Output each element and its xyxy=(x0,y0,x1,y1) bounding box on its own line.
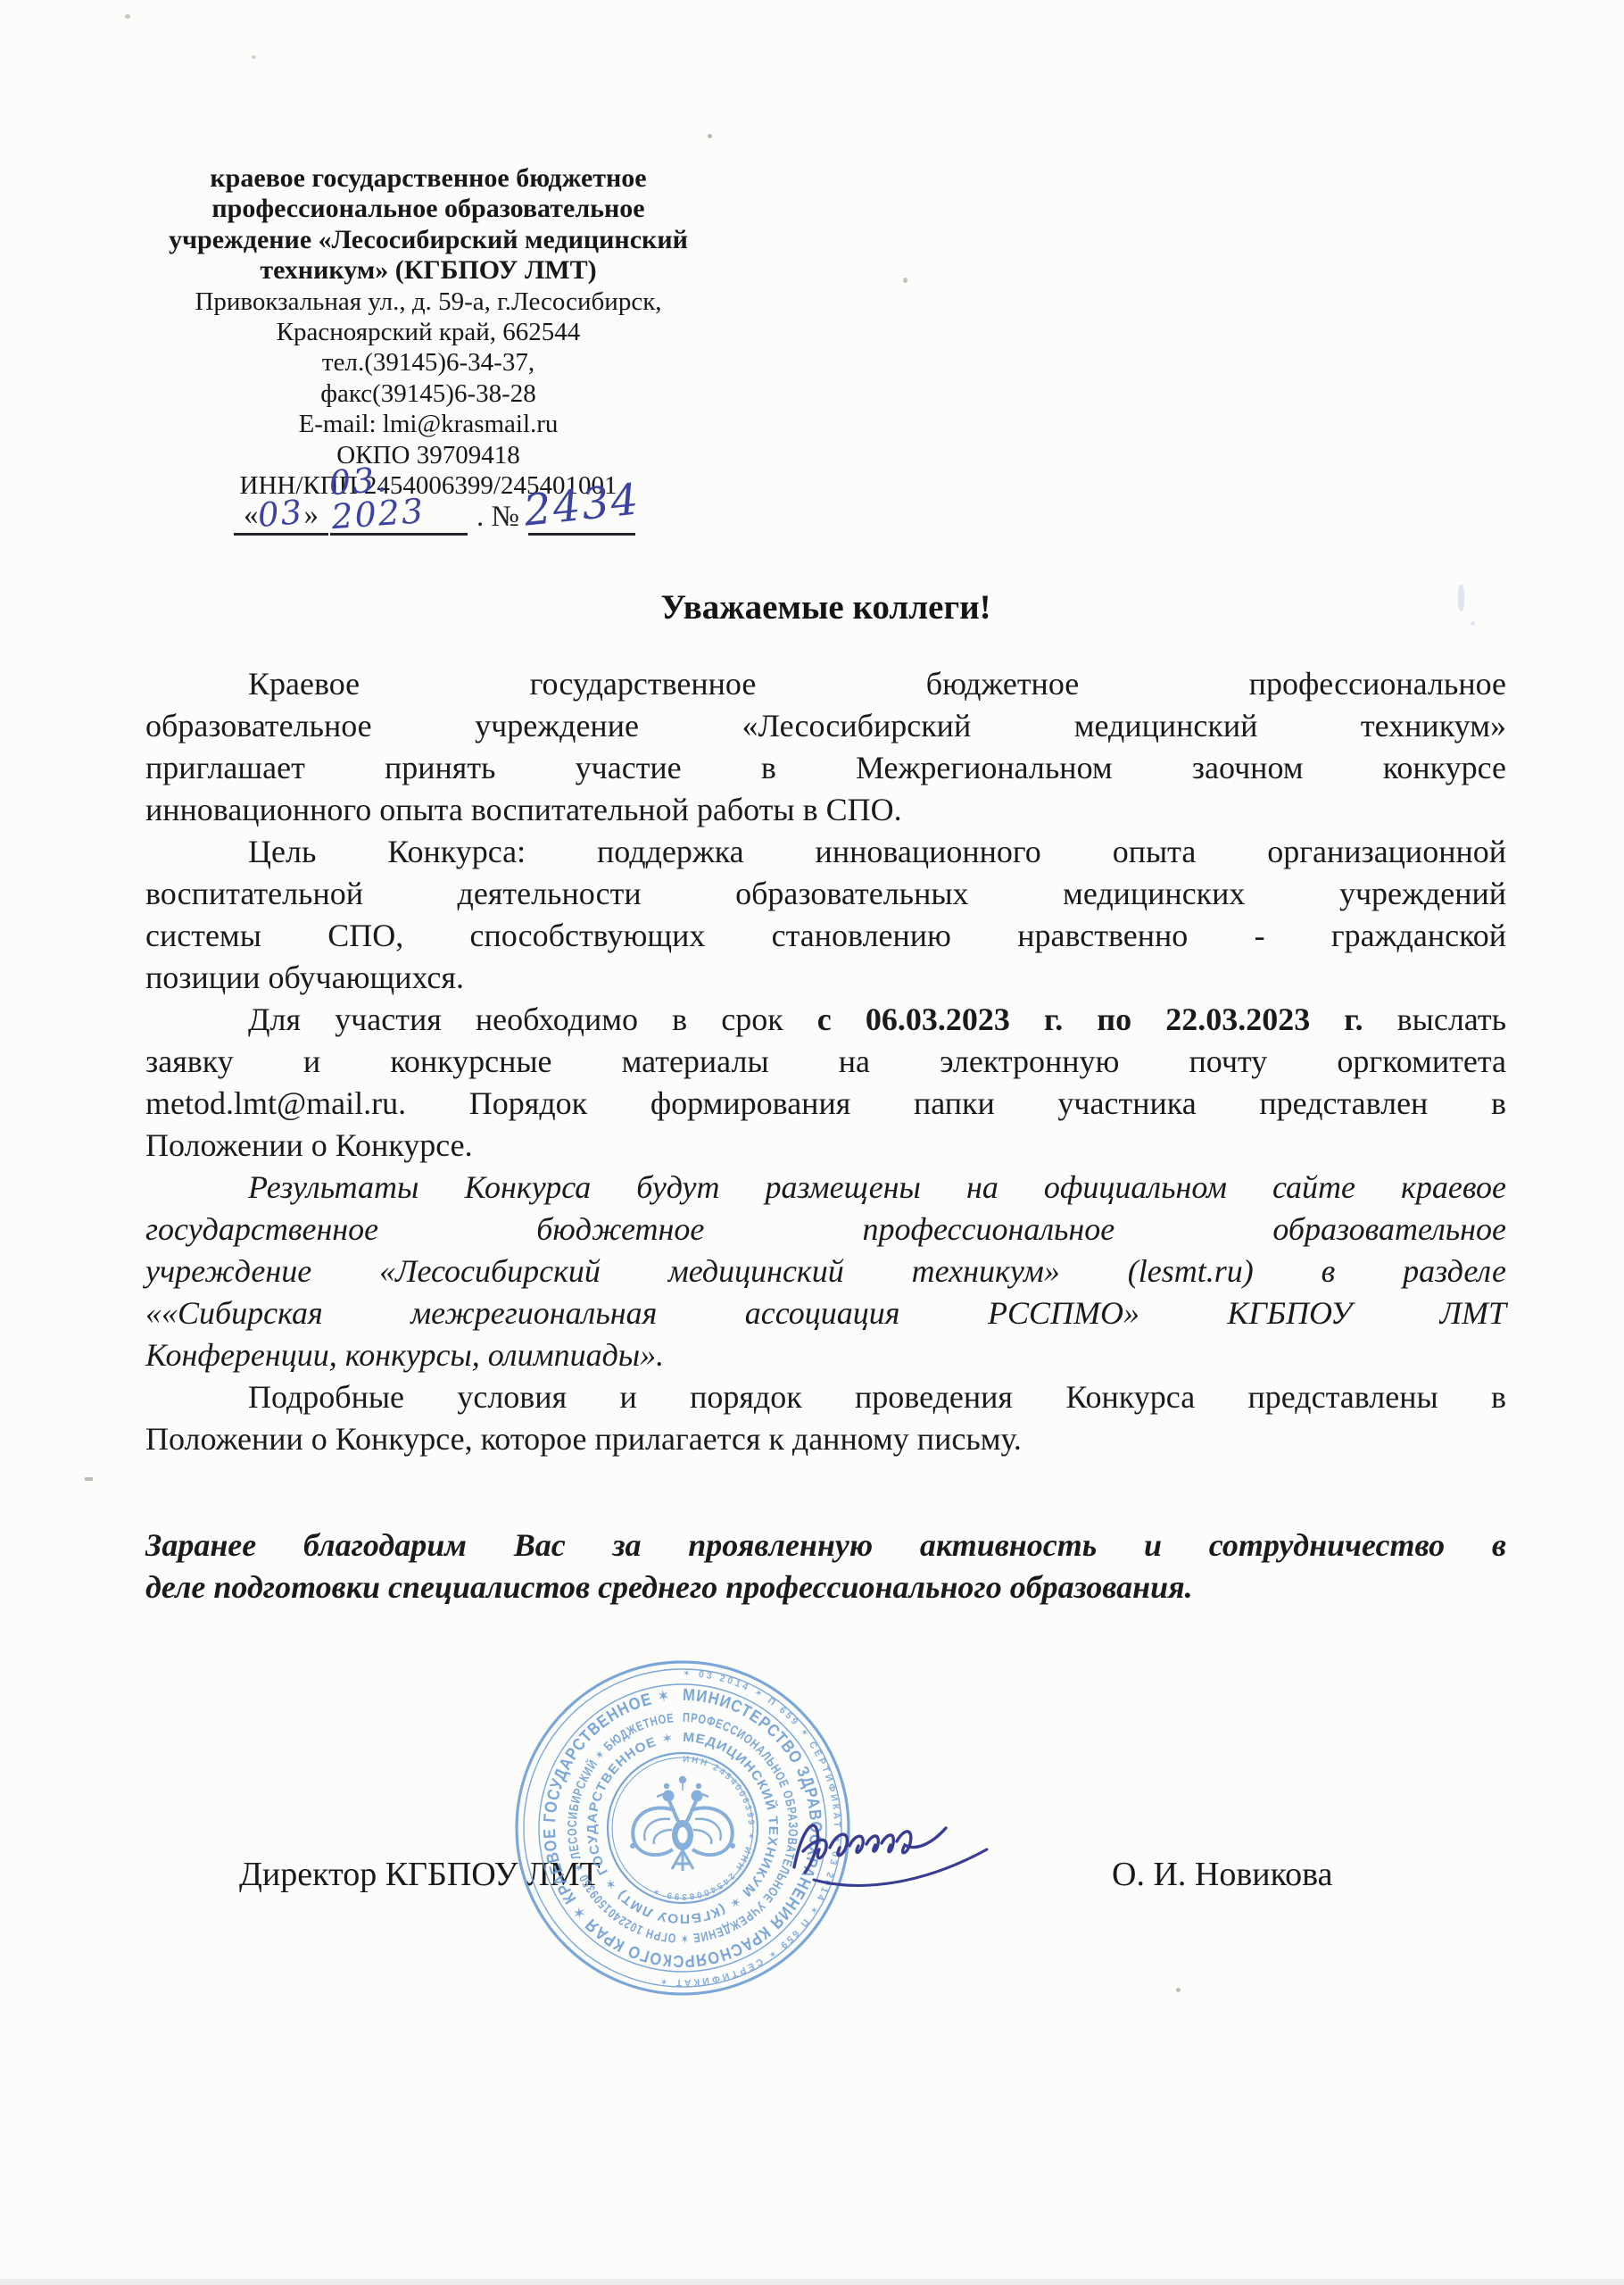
date-day-slot: «03» xyxy=(234,499,328,536)
text-run: системы СПО, способствующих становлению … xyxy=(145,918,1506,953)
letterhead-line: тел.(39145)6-34-37, xyxy=(134,347,723,378)
text-run: Для участия необходимо в срок xyxy=(248,1001,817,1037)
text-run: учреждение «Лесосибирский медицинский те… xyxy=(145,1253,1506,1289)
scan-speck xyxy=(1471,621,1475,626)
letter-body: Краевое государственное бюджетное профес… xyxy=(145,663,1506,1608)
letterhead-line: Красноярский край, 662544 xyxy=(134,317,723,347)
letterhead-line: техникум» (КГБПОУ ЛМТ) xyxy=(134,255,723,286)
close-quote: » xyxy=(304,499,319,532)
scan-speck xyxy=(1458,585,1464,611)
text-line: инновационного опыта воспитательной рабо… xyxy=(145,789,1506,831)
text-line: Для участия необходимо в срок с 06.03.20… xyxy=(145,999,1506,1041)
text-line: государственное бюджетное профессиональн… xyxy=(145,1209,1506,1251)
text-line: заявку и конкурсные материалы на электро… xyxy=(145,1041,1506,1083)
bold-run: с 06.03.2023 г. по 22.03.2023 г. xyxy=(817,1001,1363,1037)
text-line: деле подготовки специалистов среднего пр… xyxy=(145,1566,1506,1608)
text-line: Положении о Конкурсе. xyxy=(145,1125,1506,1167)
text-run: Цель Конкурса: поддержка инновационного … xyxy=(248,834,1506,869)
letter-title: Уважаемые коллеги! xyxy=(145,587,1506,627)
date-number-line: «03» 03. 2023 . № 2434 xyxy=(234,489,635,536)
letter-page: краевое государственное бюджетноепрофесс… xyxy=(0,0,1624,2285)
text-run: воспитательной деятельности образователь… xyxy=(145,876,1506,911)
scan-speck xyxy=(85,1477,93,1481)
svg-text:ИНН 2454006399 ✶ ИНН 245400639: ИНН 2454006399 ✶ ИНН 2454006399 ✶ xyxy=(650,1755,757,1901)
scan-speck xyxy=(903,278,907,283)
text-line: metod.lmt@mail.ru. Порядок формирования … xyxy=(145,1083,1506,1125)
text-run: Конференции, конкурсы, олимпиады». xyxy=(145,1337,664,1373)
text-run: выслать xyxy=(1363,1001,1506,1037)
text-run: образовательное учреждение «Лесосибирски… xyxy=(145,708,1506,744)
text-run: деле подготовки специалистов среднего пр… xyxy=(145,1569,1193,1605)
text-run: приглашает принять участие в Межрегионал… xyxy=(145,750,1506,785)
text-run: metod.lmt@mail.ru. Порядок формирования … xyxy=(145,1085,1506,1121)
letterhead-line: факс(39145)6-38-28 xyxy=(134,378,723,409)
text-line: ««Сибирская межрегиональная ассоциация Р… xyxy=(145,1292,1506,1334)
text-run: позиции обучающихся. xyxy=(145,960,464,995)
text-run: государственное бюджетное профессиональн… xyxy=(145,1211,1506,1247)
paragraph: Подробные условия и порядок проведения К… xyxy=(145,1376,1506,1460)
text-run: Положении о Конкурсе, которое прилагаетс… xyxy=(145,1421,1022,1457)
scan-speck xyxy=(1176,1988,1181,1992)
text-line: воспитательной деятельности образователь… xyxy=(145,873,1506,915)
text-line: учреждение «Лесосибирский медицинский те… xyxy=(145,1251,1506,1292)
number-slot: 2434 xyxy=(528,489,635,536)
letterhead-line: Привокзальная ул., д. 59-а, г.Лесосибирс… xyxy=(134,287,723,317)
scan-speck xyxy=(252,55,256,59)
text-run: Краевое государственное бюджетное профес… xyxy=(248,666,1506,702)
text-line: Конференции, конкурсы, олимпиады». xyxy=(145,1334,1506,1376)
paragraph: Для участия необходимо в срок с 06.03.20… xyxy=(145,999,1506,1167)
letterhead: краевое государственное бюджетноепрофесс… xyxy=(134,163,723,501)
text-line: Цель Конкурса: поддержка инновационного … xyxy=(145,831,1506,873)
text-line: Положении о Конкурсе, которое прилагаетс… xyxy=(145,1418,1506,1460)
text-run: Заранее благодарим Вас за проявленную ак… xyxy=(145,1527,1506,1563)
number-sign-label: . № xyxy=(476,501,519,534)
signature-autograph xyxy=(775,1792,1042,1908)
paragraph: Цель Конкурса: поддержка инновационного … xyxy=(145,831,1506,999)
text-run: Положении о Конкурсе. xyxy=(145,1127,473,1163)
text-run: ««Сибирская межрегиональная ассоциация Р… xyxy=(145,1295,1506,1331)
handwritten-number: 2434 xyxy=(522,478,642,532)
text-run: Подробные условия и порядок проведения К… xyxy=(248,1379,1506,1415)
letterhead-line: учреждение «Лесосибирский медицинский xyxy=(134,225,723,255)
text-line: Подробные условия и порядок проведения К… xyxy=(145,1376,1506,1418)
letterhead-line: профессиональное образовательное xyxy=(134,194,723,224)
text-line: Краевое государственное бюджетное профес… xyxy=(145,663,1506,705)
scan-speck xyxy=(708,134,712,138)
scan-edge-shadow xyxy=(0,2279,1624,2285)
text-line: Результаты Конкурса будут размещены на о… xyxy=(145,1167,1506,1209)
letterhead-line: E-mail: lmi@krasmail.ru xyxy=(134,409,723,439)
double-eagle-emblem xyxy=(630,1776,735,1871)
text-line: образовательное учреждение «Лесосибирски… xyxy=(145,705,1506,747)
text-run: Результаты Конкурса будут размещены на о… xyxy=(248,1169,1506,1205)
text-line: приглашает принять участие в Межрегионал… xyxy=(145,747,1506,789)
letterhead-line: краевое государственное бюджетное xyxy=(134,163,723,194)
paragraph: Результаты Конкурса будут размещены на о… xyxy=(145,1167,1506,1376)
paragraph: Заранее благодарим Вас за проявленную ак… xyxy=(145,1525,1506,1608)
text-run: инновационного опыта воспитательной рабо… xyxy=(145,792,902,827)
signer-name: О. И. Новикова xyxy=(1112,1855,1332,1894)
handwritten-day: 03 xyxy=(257,495,305,532)
text-line: системы СПО, способствующих становлению … xyxy=(145,915,1506,957)
text-line: позиции обучающихся. xyxy=(145,957,1506,999)
handwritten-date: 03. 2023 xyxy=(328,457,470,535)
date-slot: 03. 2023 xyxy=(330,464,468,536)
paragraph: Краевое государственное бюджетное профес… xyxy=(145,663,1506,831)
text-run: заявку и конкурсные материалы на электро… xyxy=(145,1043,1506,1079)
scan-speck xyxy=(125,14,130,19)
text-line: Заранее благодарим Вас за проявленную ак… xyxy=(145,1525,1506,1566)
stamp-inn-ring: ИНН 2454006399 ✶ ИНН 2454006399 ✶ xyxy=(650,1755,757,1901)
